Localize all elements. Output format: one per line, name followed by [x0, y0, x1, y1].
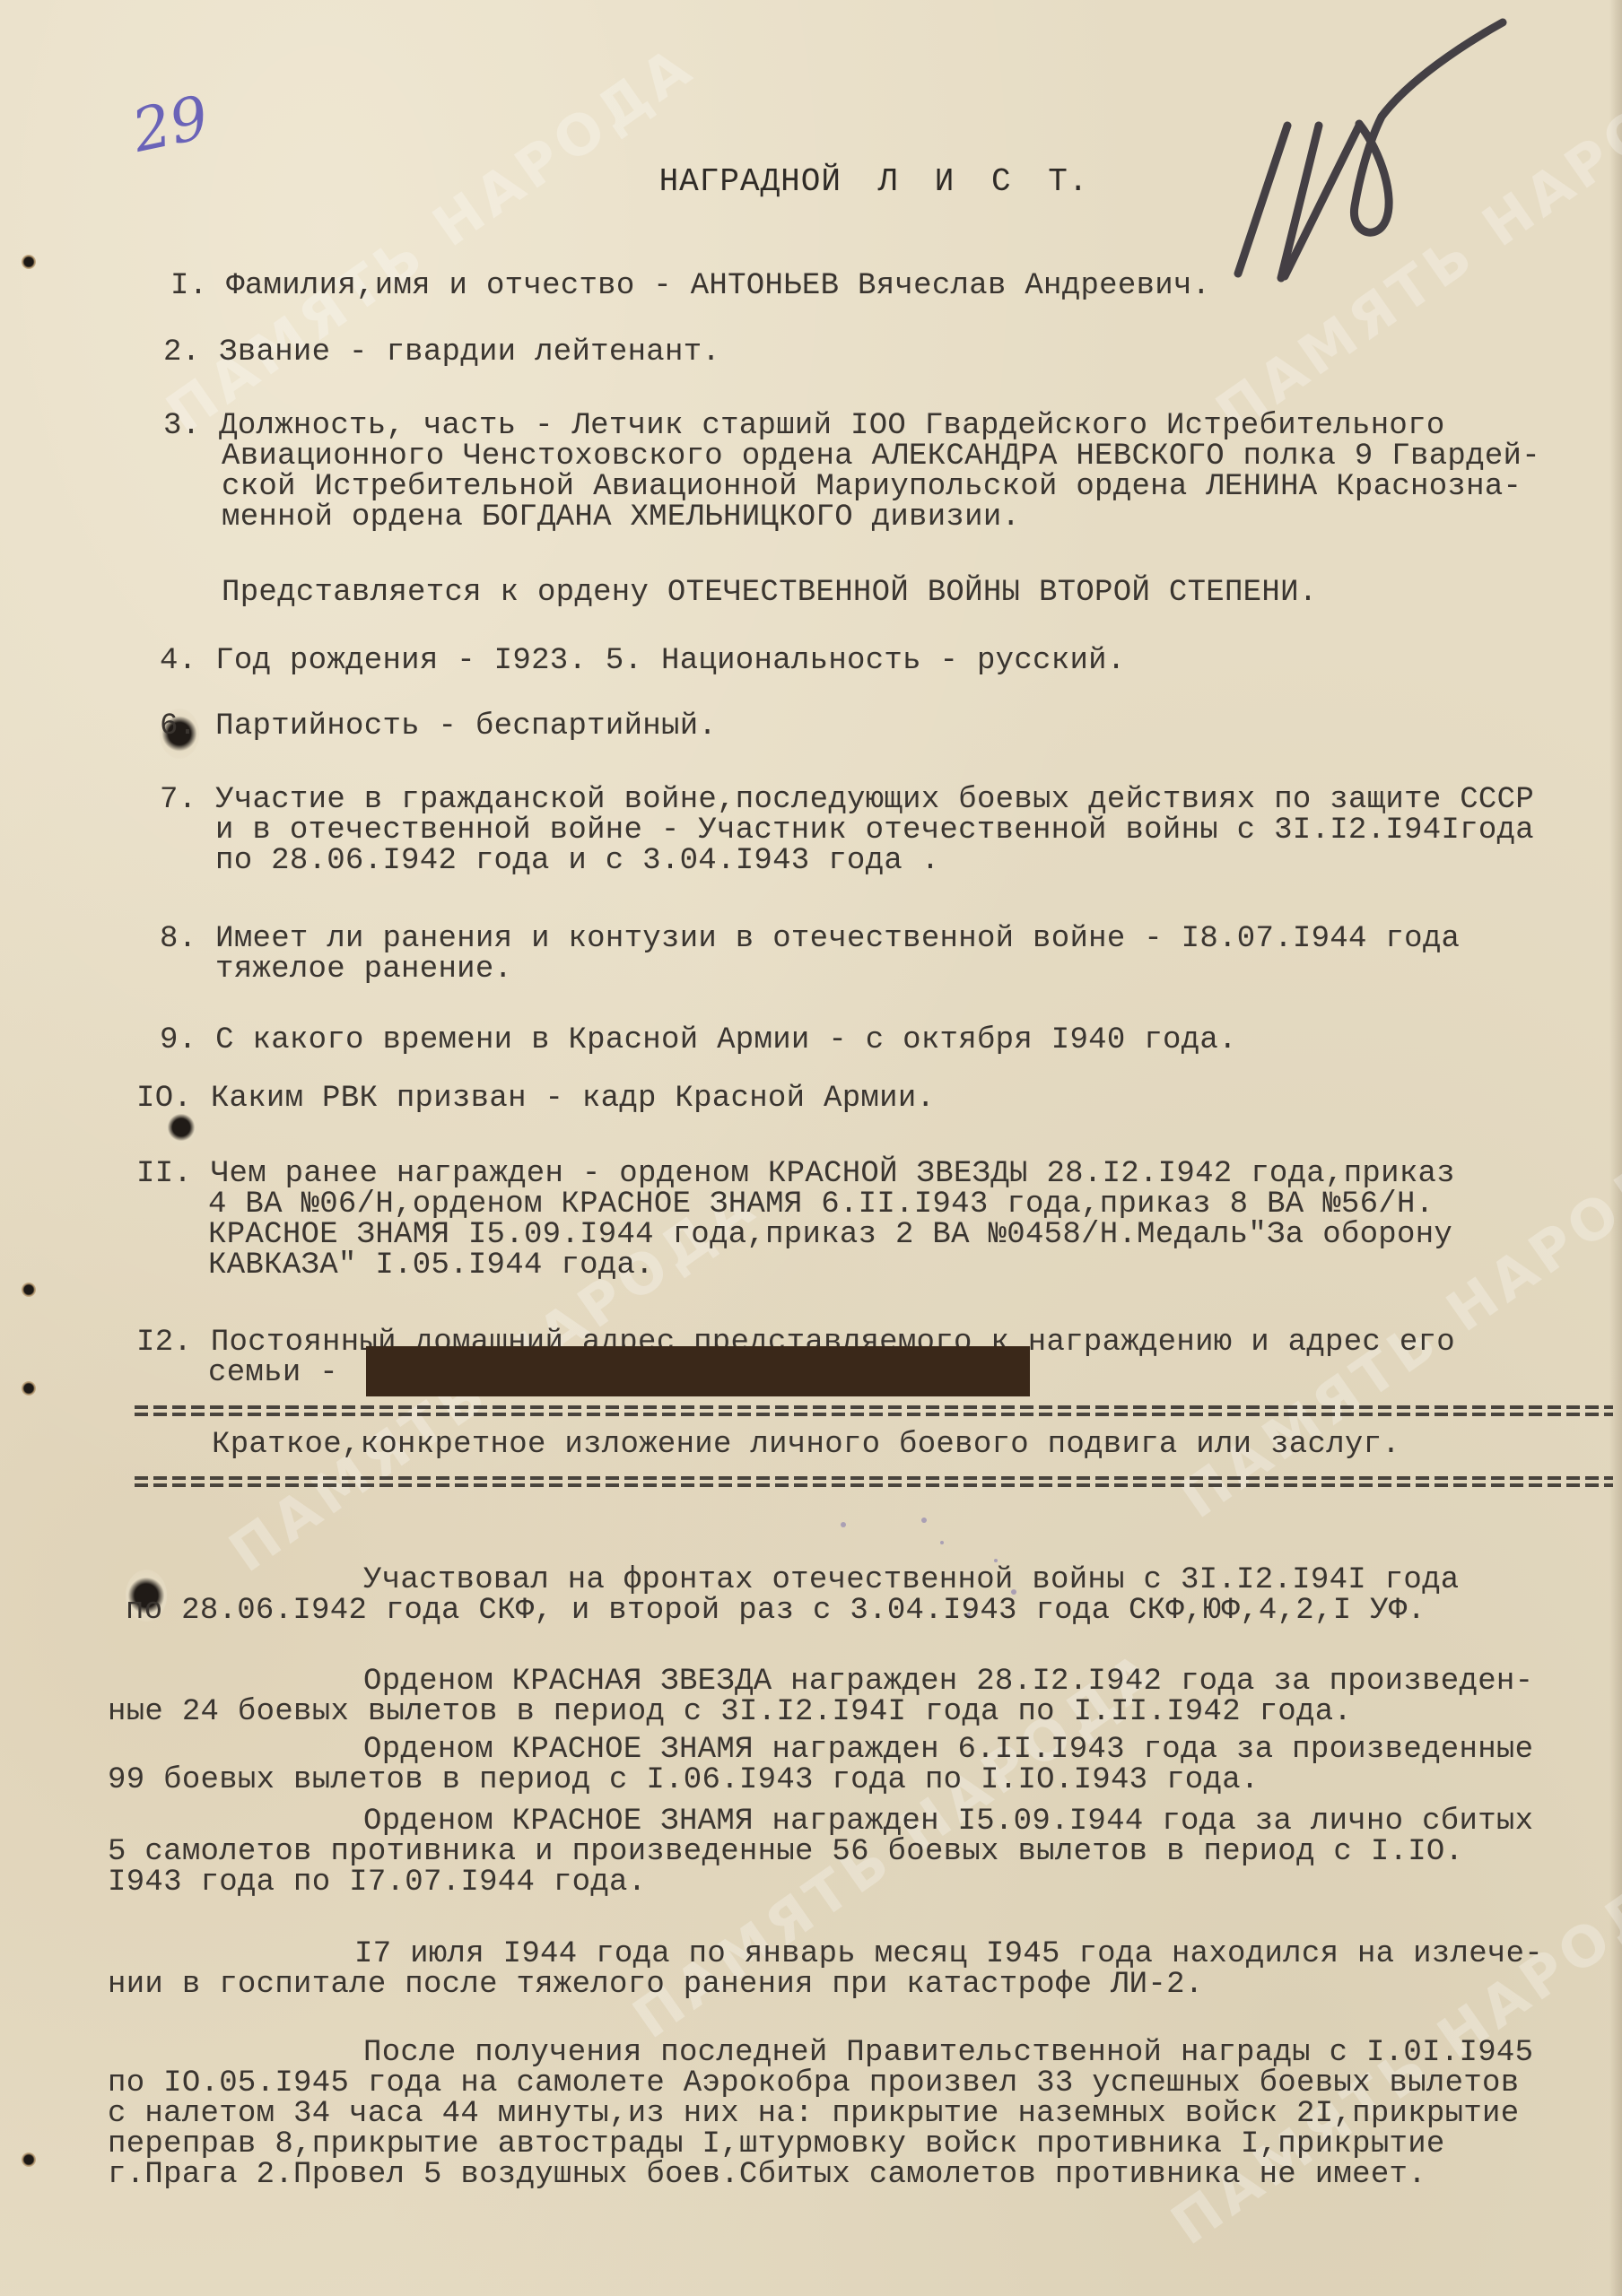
- narrative-p6-line-5: г.Прага 2.Провел 5 воздушных боев.Сбитых…: [108, 2160, 1426, 2190]
- folio-number: 29: [126, 83, 214, 166]
- field-war-participation-line-3: по 28.06.I942 года и с 3.04.I943 года .: [215, 846, 939, 876]
- field-position-line-2: Авиационного Ченстоховского ордена АЛЕКС…: [222, 441, 1540, 472]
- document-title: НАГРАДНОЙ Л И С Т.: [0, 163, 1622, 200]
- field-war-participation-line-1: 7. Участие в гражданской войне,последующ…: [160, 785, 1534, 815]
- field-army-since: 9. С какого времени в Красной Армии - с …: [160, 1025, 1237, 1056]
- field-war-participation-line-2: и в отечественной войне - Участник отече…: [215, 815, 1534, 846]
- dashed-rule-bottom: [135, 1476, 1613, 1487]
- field-position-line-4: менной ордена БОГДАНА ХМЕЛЬНИЦКОГО дивиз…: [222, 502, 1020, 533]
- field-home-address-line-2: семьи -: [208, 1358, 338, 1388]
- narrative-p6-line-3: с налетом 34 часа 44 минуты,из них на: п…: [108, 2099, 1519, 2129]
- field-position-line-1: 3. Должность, часть - Летчик старший IOO…: [163, 411, 1445, 441]
- field-full-name: I. Фамилия,имя и отчество - АНТОНЬЕВ Вяч…: [170, 271, 1210, 301]
- field-conscription: IO. Каким РВК призван - кадр Красной Арм…: [136, 1083, 935, 1114]
- redacted-address-block: [366, 1346, 1030, 1396]
- section-heading: Краткое,конкретное изложение личного бое…: [212, 1430, 1400, 1460]
- narrative-p1-line-2: по 28.06.I942 года СКФ, и второй раз с 3…: [126, 1596, 1426, 1626]
- narrative-p6-line-2: по IO.05.I945 года на самолете Аэрокобра…: [108, 2068, 1519, 2099]
- stamp-ink-marks-icon: [807, 1507, 1077, 1632]
- narrative-p2-line-2: ные 24 боевых вылетов в период с 3I.I2.I…: [108, 1697, 1352, 1727]
- narrative-p5-line-1: I7 июля I944 года по январь месяц I945 г…: [354, 1939, 1543, 1970]
- field-party-membership: 6. Партийность - беспартийный.: [160, 711, 717, 742]
- watermark: ПАМЯТЬ НАРОДА: [154, 32, 706, 446]
- field-prior-awards-line-3: КРАСНОЕ ЗНАМЯ I5.09.I944 года,приказ 2 В…: [208, 1220, 1452, 1250]
- pencil-signature-icon: [1202, 18, 1507, 296]
- nomination-text: Представляется к ордену ОТЕЧЕСТВЕННОЙ ВО…: [222, 578, 1318, 608]
- narrative-p3-line-2: 99 боевых вылетов в период с I.06.I943 г…: [108, 1765, 1260, 1796]
- narrative-p4-line-1: Орденом КРАСНОЕ ЗНАМЯ награжден I5.09.I9…: [363, 1806, 1533, 1837]
- narrative-p5-line-2: нии в госпитале после тяжелого ранения п…: [108, 1970, 1204, 2000]
- narrative-p4-line-3: I943 года по I7.07.I944 года.: [108, 1867, 646, 1898]
- paper-edge-shadow: [1609, 0, 1622, 2296]
- field-wounds-line-2: тяжелое ранение.: [215, 954, 512, 985]
- field-prior-awards-line-2: 4 ВА №06/Н,орденом КРАСНОЕ ЗНАМЯ 6.II.I9…: [208, 1189, 1434, 1220]
- field-wounds-line-1: 8. Имеет ли ранения и контузии в отечест…: [160, 924, 1460, 954]
- field-birth-year-nationality: 4. Год рождения - I923. 5. Национальност…: [160, 646, 1126, 676]
- field-prior-awards-line-4: КАВКАЗА" I.05.I944 года.: [208, 1250, 654, 1281]
- field-rank: 2. Звание - гвардии лейтенант.: [163, 337, 720, 368]
- narrative-p3-line-1: Орденом КРАСНОЕ ЗНАМЯ награжден 6.II.I94…: [363, 1735, 1533, 1765]
- field-prior-awards-line-1: II. Чем ранее награжден - орденом КРАСНО…: [136, 1159, 1455, 1189]
- field-position-line-3: ской Истребительной Авиационной Мариупол…: [222, 472, 1522, 502]
- narrative-p4-line-2: 5 самолетов противника и произведенные 5…: [108, 1837, 1463, 1867]
- narrative-p2-line-1: Орденом КРАСНАЯ ЗВЕЗДА награжден 28.I2.I…: [363, 1666, 1533, 1697]
- punch-hole: [22, 255, 36, 269]
- narrative-p6-line-4: переправ 8,прикрытие автострады I,штурмо…: [108, 2129, 1445, 2160]
- punch-hole: [22, 1381, 36, 1396]
- punch-hole: [22, 2152, 36, 2167]
- narrative-p6-line-1: После получения последней Правительствен…: [363, 2038, 1533, 2068]
- punch-hole: [22, 1283, 36, 1297]
- dashed-rule-top: [135, 1405, 1613, 1416]
